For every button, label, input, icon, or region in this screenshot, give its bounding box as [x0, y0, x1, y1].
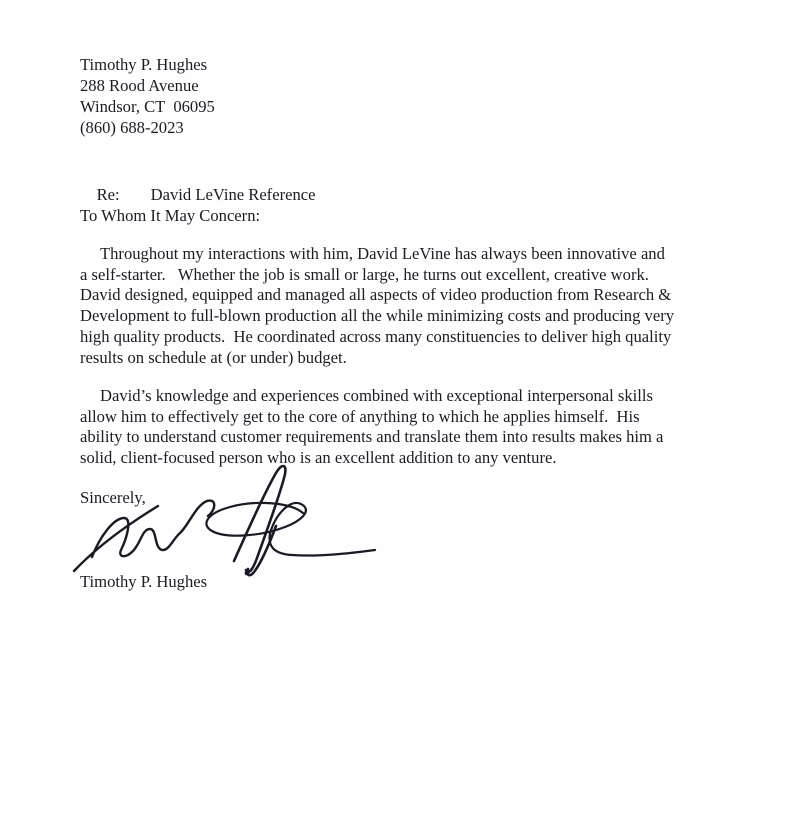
- salutation: To Whom It May Concern:: [80, 205, 260, 226]
- letter-page: Timothy P. Hughes 288 Rood Avenue Windso…: [0, 0, 800, 825]
- body-paragraph-2: David’s knowledge and experiences combin…: [80, 386, 770, 469]
- reference-subject: David LeVine Reference: [151, 184, 316, 205]
- handwritten-signature-icon: [70, 458, 380, 583]
- sender-address-block: Timothy P. Hughes 288 Rood Avenue Windso…: [80, 54, 215, 138]
- reference-label: Re:: [97, 185, 120, 204]
- body-paragraph-1: Throughout my interactions with him, Dav…: [80, 244, 770, 368]
- typed-signer-name: Timothy P. Hughes: [80, 571, 207, 592]
- closing-salutation: Sincerely,: [80, 487, 146, 508]
